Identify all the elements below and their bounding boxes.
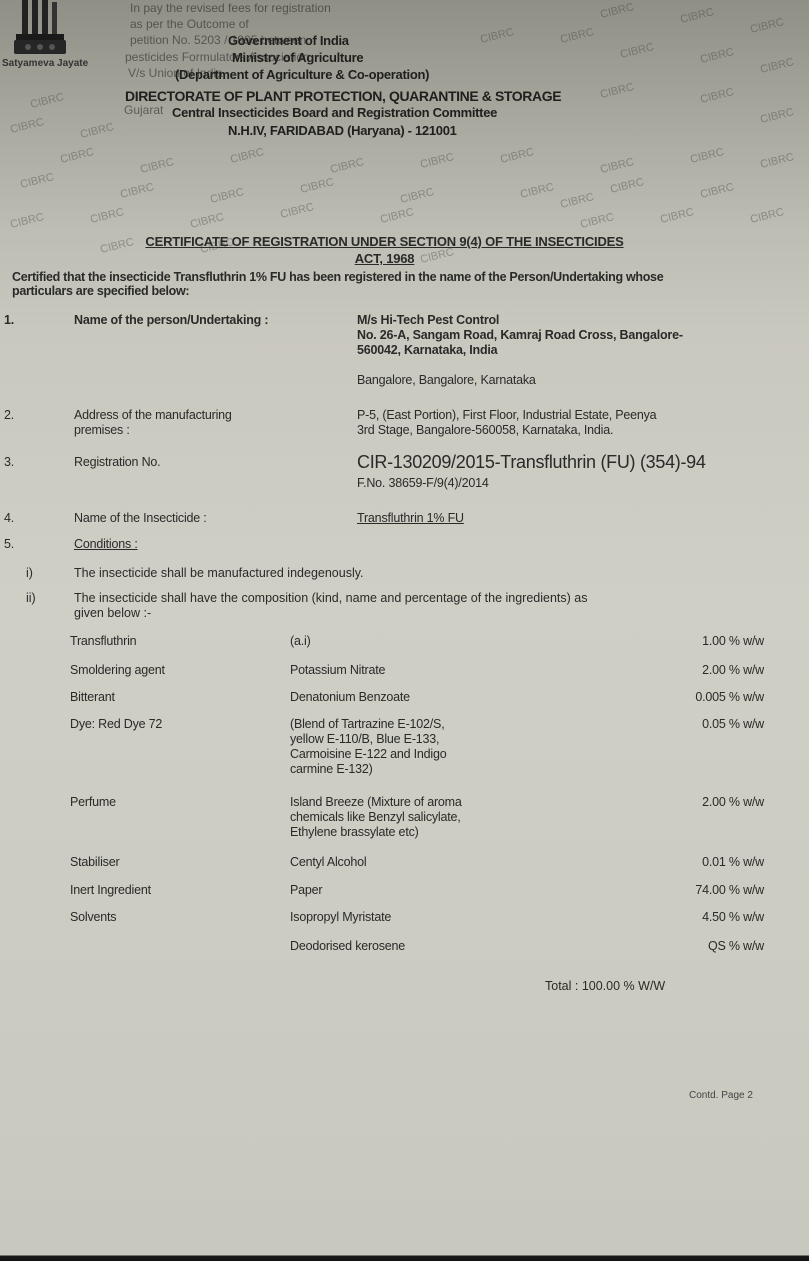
item-number: 5.: [4, 537, 14, 552]
item-value: P-5, (East Portion), First Floor, Indust…: [357, 408, 797, 438]
item-number: 3.: [4, 455, 14, 470]
item-label: Name of the Insecticide :: [74, 511, 207, 526]
ingredient-kind: Transfluthrin: [70, 634, 136, 649]
watermark-text: CIBRC: [299, 176, 335, 196]
title-line-1: CERTIFICATE OF REGISTRATION UNDER SECTIO…: [145, 234, 623, 249]
ingredient-name-line: Centyl Alcohol: [290, 855, 540, 870]
watermark-text: CIBRC: [689, 146, 725, 166]
ingredient-kind: Perfume: [70, 795, 116, 810]
continued-page-note: Contd. Page 2: [689, 1090, 753, 1101]
ingredient-name: Denatonium Benzoate: [290, 690, 540, 705]
watermark-text: CIBRC: [599, 81, 635, 101]
item-label: Conditions :: [74, 537, 138, 552]
value-line: P-5, (East Portion), First Floor, Indust…: [357, 408, 797, 423]
ingredient-percent: QS % w/w: [708, 939, 764, 954]
watermark-text: CIBRC: [759, 56, 795, 76]
watermark-text: CIBRC: [229, 146, 265, 166]
header-ministry: Ministry of Agriculture: [232, 50, 363, 65]
watermark-text: CIBRC: [189, 211, 225, 231]
ingredient-name: Potassium Nitrate: [290, 663, 540, 678]
ingredient-name-line: Denatonium Benzoate: [290, 690, 540, 705]
label-line: Address of the manufacturing: [74, 408, 232, 423]
ingredient-name: Island Breeze (Mixture of aromachemicals…: [290, 795, 540, 840]
item-label: Registration No.: [74, 455, 160, 470]
ingredient-name-line: (a.i): [290, 634, 540, 649]
ingredient-name: (Blend of Tartrazine E-102/S,yellow E-11…: [290, 717, 540, 777]
ingredient-percent: 2.00 % w/w: [702, 795, 764, 810]
condition-line: given below :-: [74, 606, 774, 621]
value-line: 560042, Karnataka, India: [357, 343, 797, 358]
header-government: Government of India: [228, 33, 349, 48]
registration-number: CIR-130209/2015-Transfluthrin (FU) (354)…: [357, 455, 797, 470]
watermark-text: CIBRC: [619, 41, 655, 61]
condition-number: i): [26, 566, 33, 581]
watermark-text: CIBRC: [599, 156, 635, 176]
intro-statement: Certified that the insecticide Transflut…: [12, 270, 712, 298]
ingredient-name-line: Deodorised kerosene: [290, 939, 540, 954]
ingredient-name: Paper: [290, 883, 540, 898]
ingredient-name: Deodorised kerosene: [290, 939, 540, 954]
item-label: Address of the manufacturing premises :: [74, 408, 232, 438]
value-line: Bangalore, Bangalore, Karnataka: [357, 373, 797, 388]
item-value: CIR-130209/2015-Transfluthrin (FU) (354)…: [357, 455, 797, 491]
ingredient-name-line: chemicals like Benzyl salicylate,: [290, 810, 540, 825]
item-value: M/s Hi-Tech Pest Control No. 26-A, Sanga…: [357, 313, 797, 388]
watermark-text: CIBRC: [139, 156, 175, 176]
watermark-text: CIBRC: [29, 91, 65, 111]
ingredient-name: Centyl Alcohol: [290, 855, 540, 870]
watermark-text: CIBRC: [749, 16, 785, 36]
watermark-text: CIBRC: [329, 156, 365, 176]
watermark-text: CIBRC: [419, 151, 455, 171]
ingredient-name: Isopropyl Myristate: [290, 910, 540, 925]
ingredient-name-line: Ethylene brassylate etc): [290, 825, 540, 840]
ingredient-kind: Bitterant: [70, 690, 115, 705]
ghost-text: In pay the revised fees for registration: [130, 1, 331, 15]
watermark-text: CIBRC: [659, 206, 695, 226]
item-person-undertaking: 1. Name of the person/Undertaking : M/s …: [0, 313, 809, 403]
item-number: 2.: [4, 408, 14, 423]
item-registration-number: 3. Registration No. CIR-130209/2015-Tran…: [0, 455, 809, 500]
header-department: (Department of Agriculture & Co-operatio…: [175, 67, 429, 82]
ingredient-name-line: (Blend of Tartrazine E-102/S,: [290, 717, 540, 732]
watermark-text: CIBRC: [559, 191, 595, 211]
watermark-text: CIBRC: [279, 201, 315, 221]
watermark-text: CIBRC: [559, 26, 595, 46]
certificate-title: CERTIFICATE OF REGISTRATION UNDER SECTIO…: [0, 234, 789, 249]
watermark-text: CIBRC: [379, 206, 415, 226]
ghost-text: as per the Outcome of: [130, 17, 249, 31]
certificate-page: CIBRCCIBRCCIBRCCIBRCCIBRCCIBRCCIBRCCIBRC…: [0, 0, 809, 1255]
watermark-text: CIBRC: [609, 176, 645, 196]
item-label: Name of the person/Undertaking :: [74, 313, 268, 328]
watermark-text: CIBRC: [119, 181, 155, 201]
watermark-text: CIBRC: [479, 26, 515, 46]
watermark-text: CIBRC: [699, 86, 735, 106]
watermark-text: CIBRC: [19, 171, 55, 191]
watermark-text: CIBRC: [699, 181, 735, 201]
header-address: N.H.IV, FARIDABAD (Haryana) - 121001: [228, 123, 457, 138]
condition-text: The insecticide shall have the compositi…: [74, 591, 774, 621]
watermark-text: CIBRC: [209, 186, 245, 206]
condition-text: The insecticide shall be manufactured in…: [74, 566, 774, 581]
value-line: M/s Hi-Tech Pest Control: [357, 313, 797, 328]
ingredient-name-line: carmine E-132): [290, 762, 540, 777]
watermark-text: CIBRC: [679, 6, 715, 26]
ingredient-kind: Dye: Red Dye 72: [70, 717, 162, 732]
ghost-text: Gujarat: [124, 103, 163, 117]
ingredient-percent: 74.00 % w/w: [695, 883, 764, 898]
file-number: F.No. 38659-F/9(4)/2014: [357, 476, 797, 491]
ingredient-percent: 4.50 % w/w: [702, 910, 764, 925]
ingredient-percent: 0.005 % w/w: [695, 690, 764, 705]
watermark-text: CIBRC: [759, 151, 795, 171]
value-line: No. 26-A, Sangam Road, Kamraj Road Cross…: [357, 328, 797, 343]
ingredient-percent: 0.05 % w/w: [702, 717, 764, 732]
item-number: 1.: [4, 313, 14, 328]
watermark-text: CIBRC: [579, 211, 615, 231]
watermark-text: CIBRC: [749, 206, 785, 226]
ingredient-name-line: Carmoisine E-122 and Indigo: [290, 747, 540, 762]
watermark-text: CIBRC: [599, 1, 635, 21]
item-number: 4.: [4, 511, 14, 526]
header-board: Central Insecticides Board and Registrat…: [172, 105, 497, 120]
ingredient-percent: 1.00 % w/w: [702, 634, 764, 649]
condition-line: The insecticide shall have the compositi…: [74, 591, 774, 606]
insecticide-name: Transfluthrin 1% FU: [357, 511, 464, 526]
watermark-text: CIBRC: [89, 206, 125, 226]
ingredient-name-line: Isopropyl Myristate: [290, 910, 540, 925]
header-directorate: DIRECTORATE OF PLANT PROTECTION, QUARANT…: [125, 88, 561, 104]
emblem-caption: Satyameva Jayate: [2, 58, 88, 69]
ingredient-name-line: Potassium Nitrate: [290, 663, 540, 678]
watermark-text: CIBRC: [79, 121, 115, 141]
ingredient-name: (a.i): [290, 634, 540, 649]
watermark-text: CIBRC: [9, 116, 45, 136]
composition-total: Total : 100.00 % W/W: [545, 979, 665, 993]
watermark-text: CIBRC: [499, 146, 535, 166]
ingredient-percent: 2.00 % w/w: [702, 663, 764, 678]
ingredient-kind: Smoldering agent: [70, 663, 165, 678]
watermark-text: CIBRC: [519, 181, 555, 201]
watermark-text: CIBRC: [759, 106, 795, 126]
watermark-text: CIBRC: [59, 146, 95, 166]
national-emblem-icon: [8, 0, 70, 58]
watermark-text: CIBRC: [399, 186, 435, 206]
ingredient-kind: Solvents: [70, 910, 116, 925]
certificate-title-act: ACT, 1968: [0, 251, 789, 266]
ingredient-name-line: Island Breeze (Mixture of aroma: [290, 795, 540, 810]
title-line-2: ACT, 1968: [355, 251, 415, 266]
label-line: premises :: [74, 423, 232, 438]
ingredient-name-line: yellow E-110/B, Blue E-133,: [290, 732, 540, 747]
ingredient-kind: Inert Ingredient: [70, 883, 151, 898]
item-manufacturing-address: 2. Address of the manufacturing premises…: [0, 408, 809, 440]
ingredient-kind: Stabiliser: [70, 855, 119, 870]
ingredient-percent: 0.01 % w/w: [702, 855, 764, 870]
condition-number: ii): [26, 591, 36, 606]
value-line: 3rd Stage, Bangalore-560058, Karnataka, …: [357, 423, 797, 438]
watermark-text: CIBRC: [9, 211, 45, 231]
ingredient-name-line: Paper: [290, 883, 540, 898]
watermark-text: CIBRC: [699, 46, 735, 66]
